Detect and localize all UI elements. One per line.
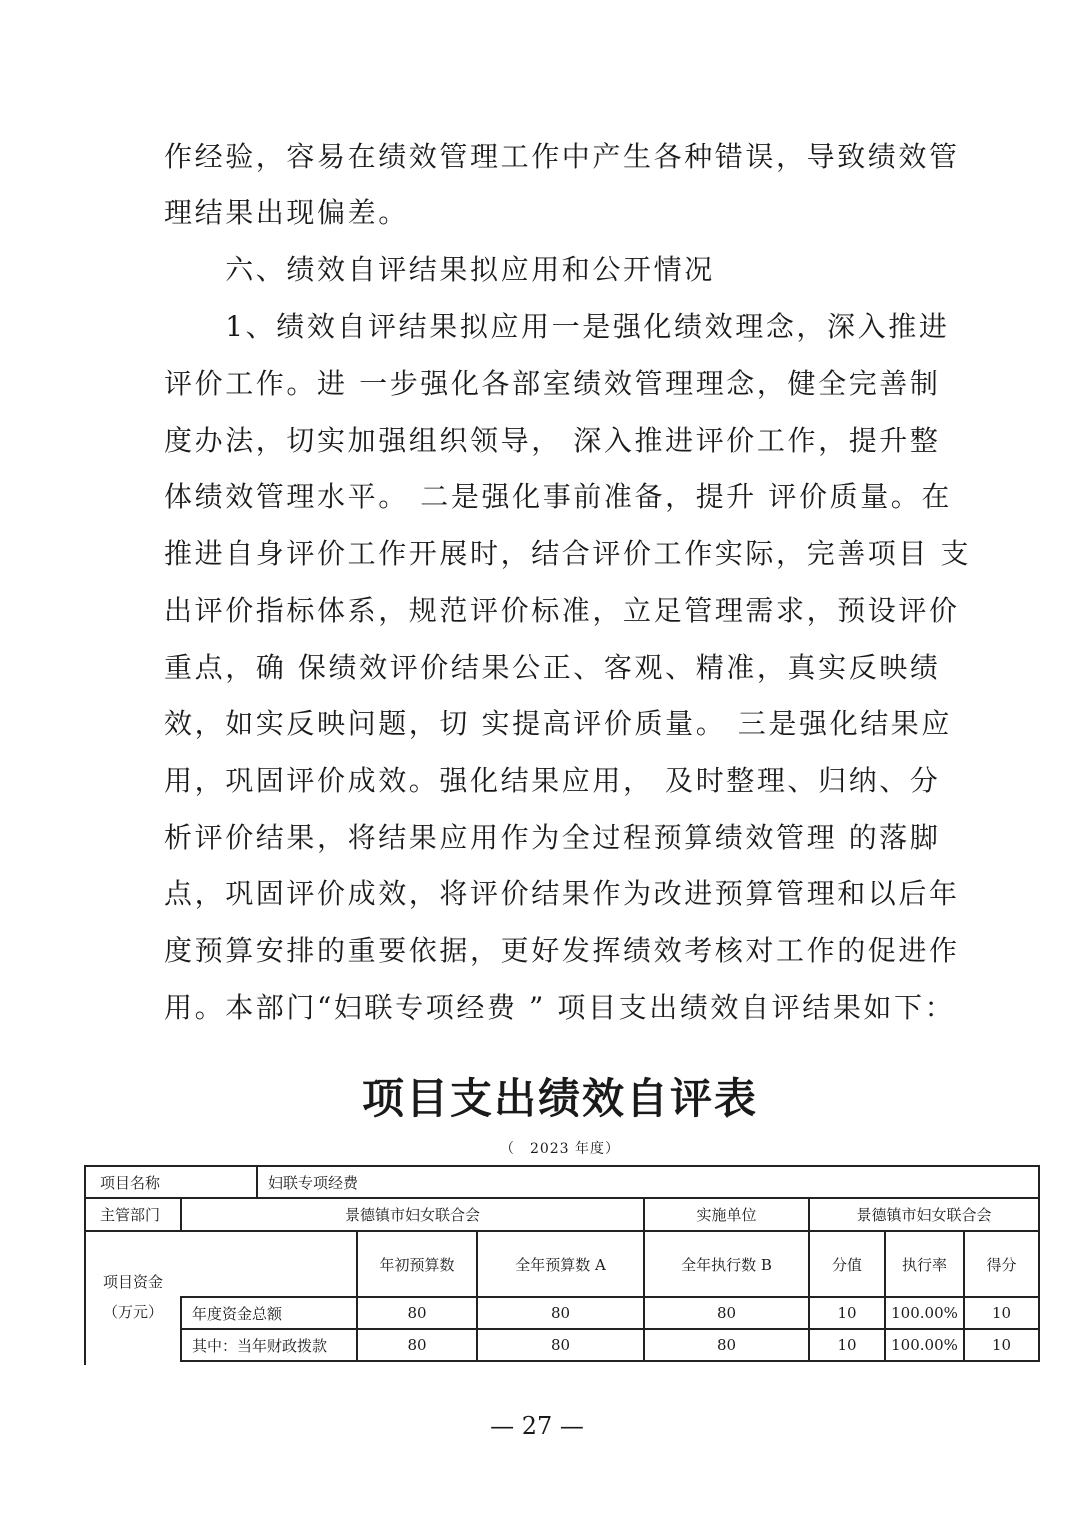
cell-value: 10 — [965, 1330, 1038, 1360]
cell-value: 100.00% — [886, 1298, 963, 1328]
cell-value: 80 — [645, 1298, 808, 1328]
funds-label: 项目资金 — [86, 1266, 180, 1296]
project-name-label: 项目名称 — [86, 1167, 256, 1197]
page-number: — 27 — — [0, 1412, 1074, 1440]
body-line: 1、绩效自评结果拟应用一是强化绩效理念，深入推进 — [164, 313, 949, 341]
body-line: 度办法，切实加强组织领导， 深入推进评价工作，提升整 — [164, 427, 941, 455]
cell-value: 100.00% — [886, 1330, 963, 1360]
row-label: 其中：当年财政拨款 — [182, 1330, 356, 1360]
body-line: 推进自身评价工作开展时，结合评价工作实际，完善项目 支 — [164, 540, 971, 568]
cell-value: 80 — [478, 1298, 643, 1328]
project-name-value: 妇联专项经费 — [258, 1167, 1038, 1197]
body-line: 点，巩固评价成效，将评价结果作为改进预算管理和以后年 — [164, 880, 960, 908]
dept-label: 主管部门 — [86, 1199, 180, 1230]
cell-value: 10 — [810, 1298, 884, 1328]
cell-value: 80 — [645, 1330, 808, 1360]
impl-label: 实施单位 — [645, 1199, 808, 1230]
body-line: 理结果出现偏差。 — [164, 199, 409, 227]
header-score: 得分 — [965, 1232, 1038, 1296]
cell-value: 80 — [358, 1298, 476, 1328]
body-line: 用。本部门“妇联专项经费 ” 项目支出绩效自评结果如下： — [164, 994, 955, 1022]
body-line: 评价工作。进 一步强化各部室绩效管理理念，健全完善制 — [164, 370, 941, 398]
header-initial-budget: 年初预算数 — [358, 1232, 476, 1296]
table-rule — [180, 1360, 1040, 1362]
body-line: 重点，确 保绩效评价结果公正、客观、精准，真实反映绩 — [164, 654, 941, 682]
row-label: 年度资金总额 — [182, 1298, 356, 1328]
body-line: 作经验，容易在绩效管理工作中产生各种错误，导致绩效管 — [164, 143, 960, 171]
header-execution-rate: 执行率 — [886, 1232, 963, 1296]
impl-value: 景德镇市妇女联合会 — [810, 1199, 1038, 1230]
body-line: 用，巩固评价成效。强化结果应用， 及时整理、归纳、分 — [164, 767, 941, 795]
cell-value: 10 — [965, 1298, 1038, 1328]
section-heading: 六、绩效自评结果拟应用和公开情况 — [164, 256, 715, 284]
body-line: 出评价指标体系，规范评价标准，立足管理需求，预设评价 — [164, 597, 960, 625]
cell-value: 80 — [478, 1330, 643, 1360]
body-line: 度预算安排的重要依据，更好发挥绩效考核对工作的促进作 — [164, 937, 960, 965]
cell-value: 10 — [810, 1330, 884, 1360]
body-line: 体绩效管理水平。 二是强化事前准备，提升 评价质量。在 — [164, 483, 952, 511]
table-subtitle: （ 2023 年度） — [0, 1138, 1074, 1158]
body-line: 析评价结果，将结果应用作为全过程预算绩效管理 的落脚 — [164, 824, 941, 852]
header-executed: 全年执行数 B — [645, 1232, 808, 1296]
funds-unit-label: （万元） — [86, 1296, 180, 1326]
cell-value: 80 — [358, 1330, 476, 1360]
body-line: 效，如实反映问题，切 实提高评价质量。 三是强化结果应 — [164, 710, 952, 738]
header-annual-budget: 全年预算数 A — [478, 1232, 643, 1296]
table-border-right — [1038, 1165, 1040, 1362]
header-score-value: 分值 — [810, 1232, 884, 1296]
dept-value: 景德镇市妇女联合会 — [182, 1199, 643, 1230]
table-title: 项目支出绩效自评表 — [0, 1066, 1074, 1126]
